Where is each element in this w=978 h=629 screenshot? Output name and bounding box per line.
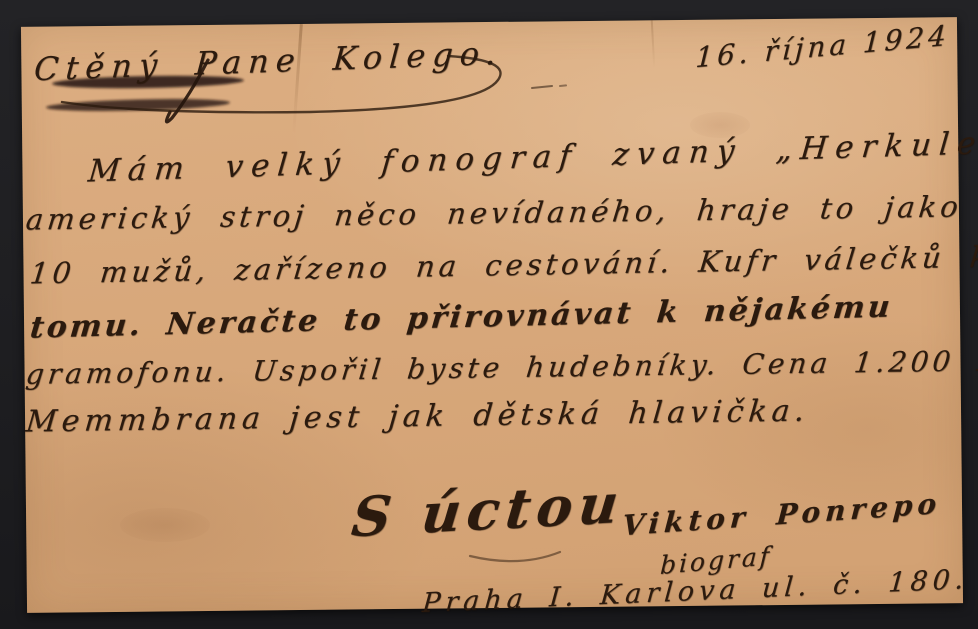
postcard-scan: Ctěný Pane Kolego. 16. října 1924 Mám ve… xyxy=(0,0,978,629)
